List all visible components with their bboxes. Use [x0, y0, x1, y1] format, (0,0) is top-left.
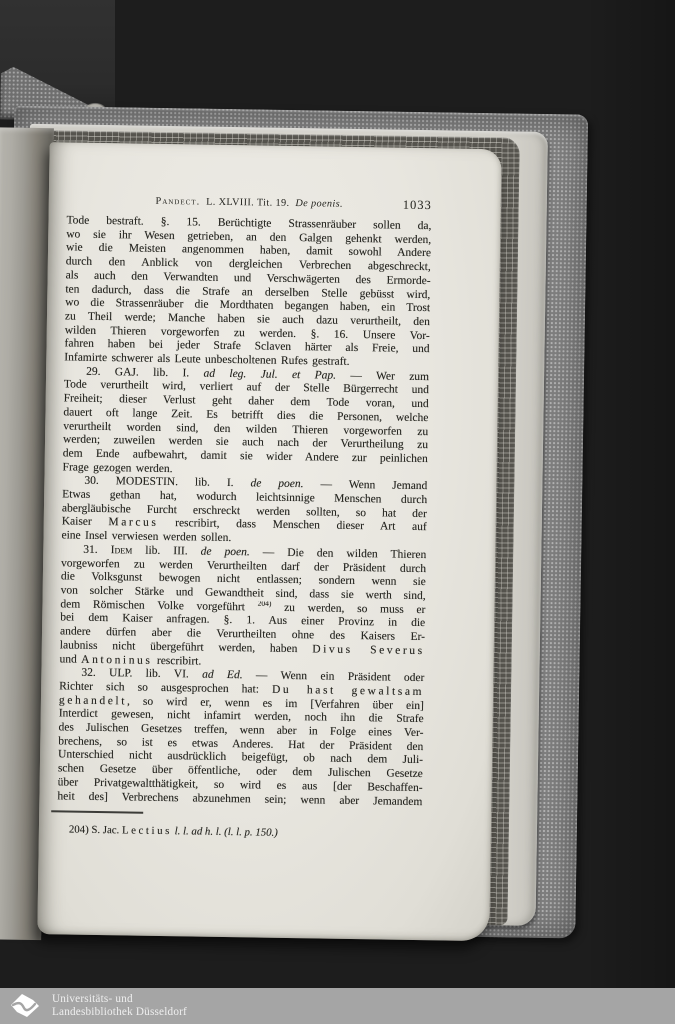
header-work-title: Pandect. — [155, 196, 200, 208]
ulb-logo-icon — [8, 992, 42, 1020]
header-section-title: De poenis. — [295, 198, 343, 210]
footnote-rule — [51, 810, 143, 813]
library-banner: Universitäts- und Landesbibliothek Düsse… — [0, 988, 675, 1024]
footnote-text: 204) S. Jac. Lectius l. l. ad h. l. (l. … — [57, 824, 422, 843]
scanned-page: Pandect. L. XLVIII. Tit. 19. De poenis. … — [37, 142, 501, 941]
library-name-line1: Universitäts- und — [52, 993, 187, 1007]
book: Pandect. L. XLVIII. Tit. 19. De poenis. … — [0, 103, 640, 958]
library-name: Universitäts- und Landesbibliothek Düsse… — [52, 993, 187, 1020]
page-header: Pandect. L. XLVIII. Tit. 19. De poenis. … — [67, 194, 432, 211]
text-body: Tode bestraft. §. 15. Berüchtigte Strass… — [57, 214, 431, 809]
library-name-line2: Landesbibliothek Düsseldorf — [52, 1006, 187, 1020]
header-citation: L. XLVIII. Tit. 19. — [206, 197, 290, 209]
page-number: 1033 — [403, 198, 432, 213]
print-area: Pandect. L. XLVIII. Tit. 19. De poenis. … — [57, 194, 432, 842]
